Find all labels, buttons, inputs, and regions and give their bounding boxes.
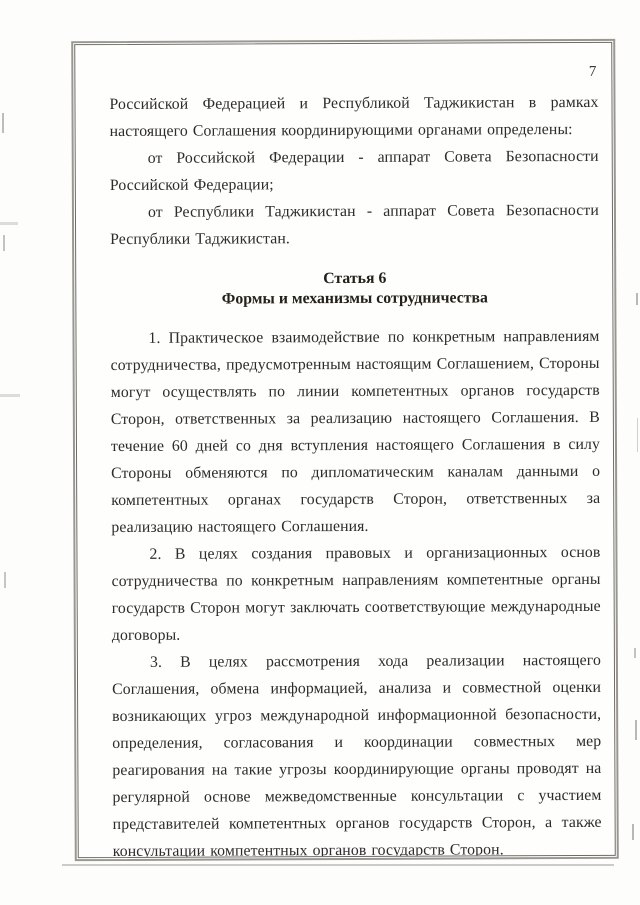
page-number: 7 bbox=[109, 62, 596, 84]
scan-artifact bbox=[636, 293, 638, 305]
paragraph-rf-coordinating-body: от Российской Федерации - аппарат Совета… bbox=[110, 143, 599, 199]
article-subtitle: Формы и механизмы сотрудничества bbox=[110, 288, 599, 310]
scan-artifact bbox=[0, 222, 18, 225]
page-border-frame: 7 Российской Федерацией и Республикой Та… bbox=[71, 39, 619, 861]
article-heading: Статья 6 Формы и механизмы сотрудничеств… bbox=[110, 268, 599, 310]
scan-artifact bbox=[637, 418, 638, 452]
page-border-inner: 7 Российской Федерацией и Республикой Та… bbox=[74, 42, 616, 858]
scan-artifact bbox=[635, 720, 637, 740]
scan-artifact bbox=[632, 824, 634, 840]
paragraph-article6-item3: 3. В целях рассмотрения хода реализации … bbox=[112, 647, 602, 858]
scanned-document-page: 7 Российской Федерацией и Республикой Та… bbox=[0, 0, 640, 905]
scan-artifact bbox=[3, 235, 5, 251]
scan-artifact bbox=[0, 394, 20, 397]
paragraph-article6-item1: 1. Практическое взаимодействие по конкре… bbox=[110, 323, 600, 541]
paragraph-article6-item2: 2. В целях создания правовых и организац… bbox=[111, 539, 600, 649]
scan-artifact bbox=[4, 572, 6, 588]
scan-artifact bbox=[2, 113, 4, 133]
paragraph-rt-coordinating-body: от Республики Таджикистан - аппарат Сове… bbox=[110, 197, 599, 253]
article-title: Статья 6 bbox=[110, 268, 599, 290]
scan-artifact bbox=[634, 648, 636, 658]
page-content: 7 Российской Федерацией и Республикой Та… bbox=[75, 43, 615, 857]
paragraph-continuation: Российской Федерацией и Республикой Тадж… bbox=[109, 89, 598, 145]
scan-artifact bbox=[62, 864, 614, 866]
